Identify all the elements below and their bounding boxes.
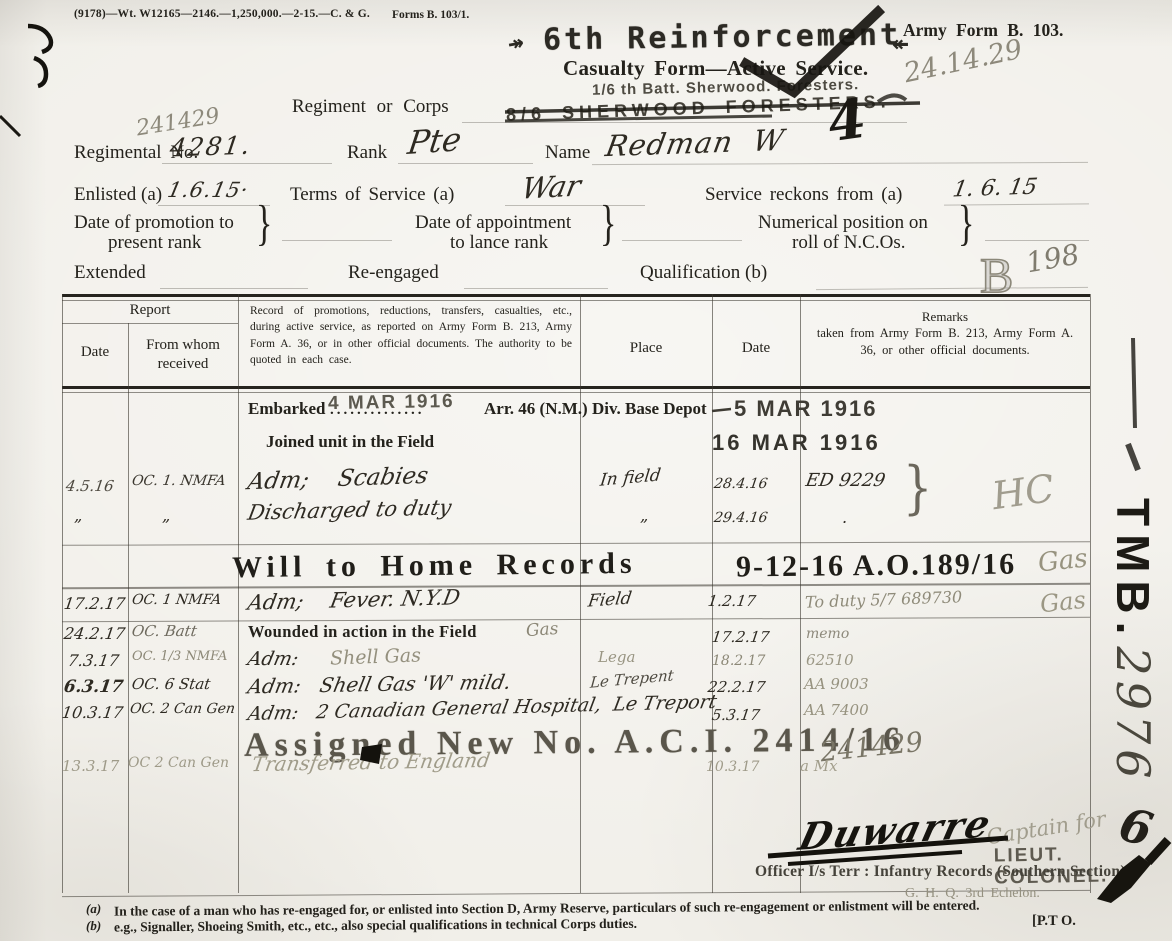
signature-underline-1 xyxy=(768,838,1008,856)
strike-through-line-2 xyxy=(505,116,772,121)
right-edge-stroke-2 xyxy=(1128,444,1138,470)
corner-scribble-1 xyxy=(28,26,51,52)
strike-through-line-1 xyxy=(505,103,920,112)
casualty-form-document: (9178)—Wt. W12165—2146.—1,250,000.—2-15.… xyxy=(0,0,1172,941)
bottom-right-ink-blob xyxy=(1097,855,1151,903)
bottom-right-ink-stroke xyxy=(1148,840,1168,862)
ink-blob xyxy=(360,744,382,764)
right-edge-stroke-1 xyxy=(1133,338,1135,428)
left-edge-mark xyxy=(0,116,20,136)
date-dash-mark xyxy=(712,409,731,411)
ink-marks-overlay xyxy=(0,0,1172,941)
ink-flourish xyxy=(878,95,906,102)
corner-scribble-2 xyxy=(34,58,46,86)
ink-tick-mark xyxy=(746,12,878,92)
